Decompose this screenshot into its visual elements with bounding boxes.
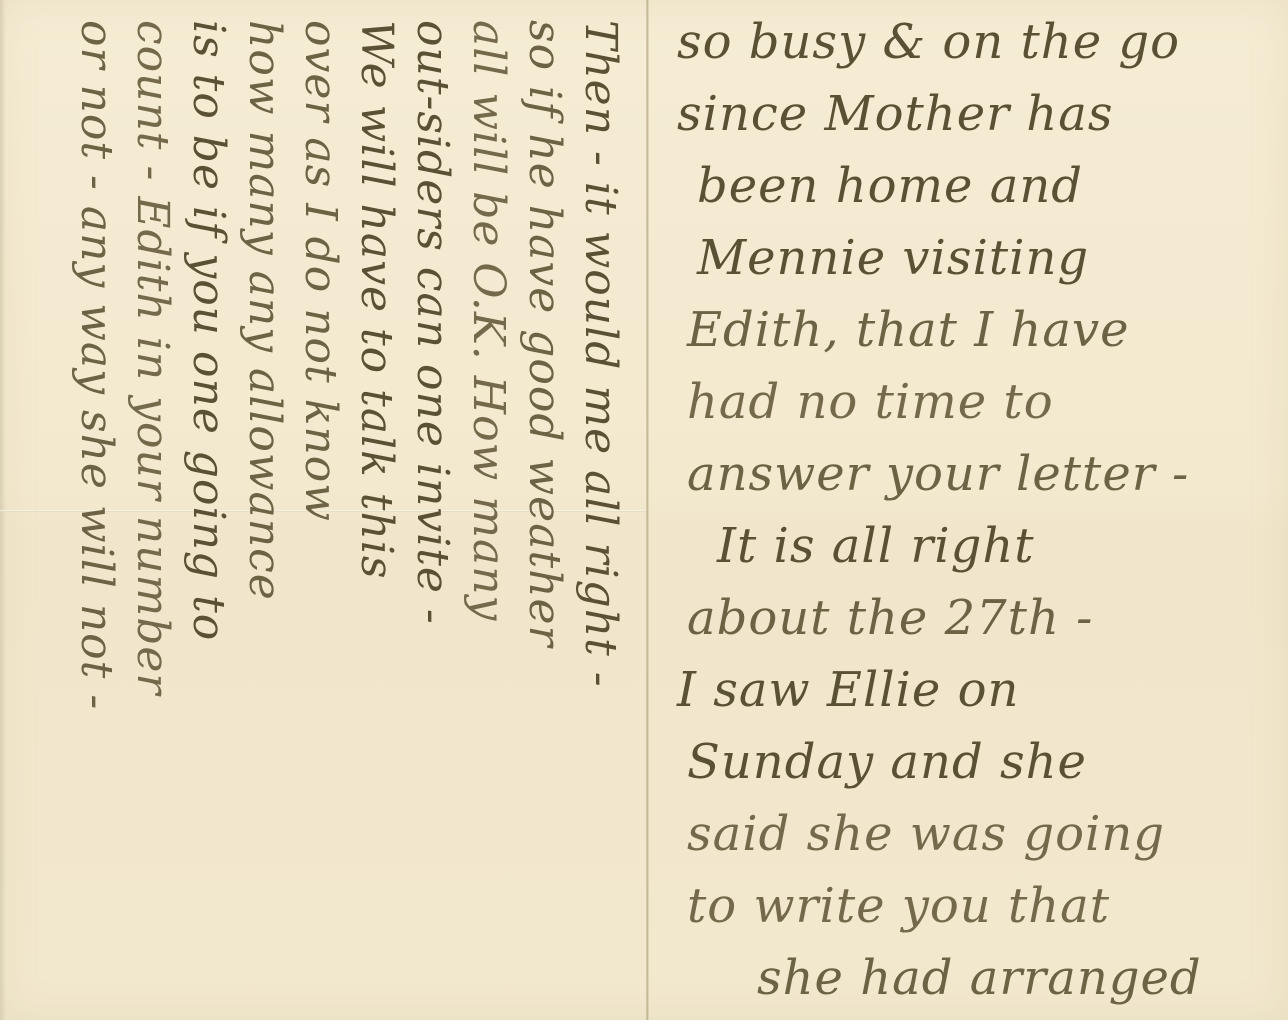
right-page-line: she had arranged xyxy=(677,942,1277,1014)
left-page-line: Then - it would me all right - xyxy=(572,20,628,1020)
right-page-line: about the 27th - xyxy=(677,582,1277,654)
right-page-line: had no time to xyxy=(677,366,1277,438)
left-page-line: We will have to talk this xyxy=(348,20,404,1020)
right-page-text: so busy & on the go since Mother has bee… xyxy=(677,6,1277,1014)
left-page-line: how many any allowance xyxy=(236,20,292,1020)
left-page-line: all will be O.K. How many xyxy=(460,20,516,1020)
right-page-line: Sunday and she xyxy=(677,726,1277,798)
right-page-line: Edith, that I have xyxy=(677,294,1277,366)
left-page-line: or not - any way she will not - xyxy=(68,20,124,1020)
right-page-line: to write you that xyxy=(677,870,1277,942)
left-page-line: so if he have good weather xyxy=(516,20,572,1020)
right-page-line: I saw Ellie on xyxy=(677,654,1277,726)
right-page-line: said she was going xyxy=(677,798,1277,870)
left-page-line: out-siders can one invite - xyxy=(404,20,460,1020)
right-page-line: It is all right xyxy=(677,510,1277,582)
letter-sheet: Then - it would me all right - so if he … xyxy=(0,0,1288,1020)
right-page-line: been home and xyxy=(677,150,1277,222)
left-page-line: is to be if you one going to xyxy=(180,20,236,1020)
left-page-line: count - Edith in your number xyxy=(124,20,180,1020)
left-page-line: over as I do not know xyxy=(292,20,348,1020)
right-page: so busy & on the go since Mother has bee… xyxy=(649,0,1288,1020)
right-page-line: so busy & on the go xyxy=(677,6,1277,78)
right-page-line: answer your letter - xyxy=(677,438,1277,510)
right-page-line: since Mother has xyxy=(677,78,1277,150)
right-page-line: Mennie visiting xyxy=(677,222,1277,294)
left-page: Then - it would me all right - so if he … xyxy=(0,0,646,1020)
